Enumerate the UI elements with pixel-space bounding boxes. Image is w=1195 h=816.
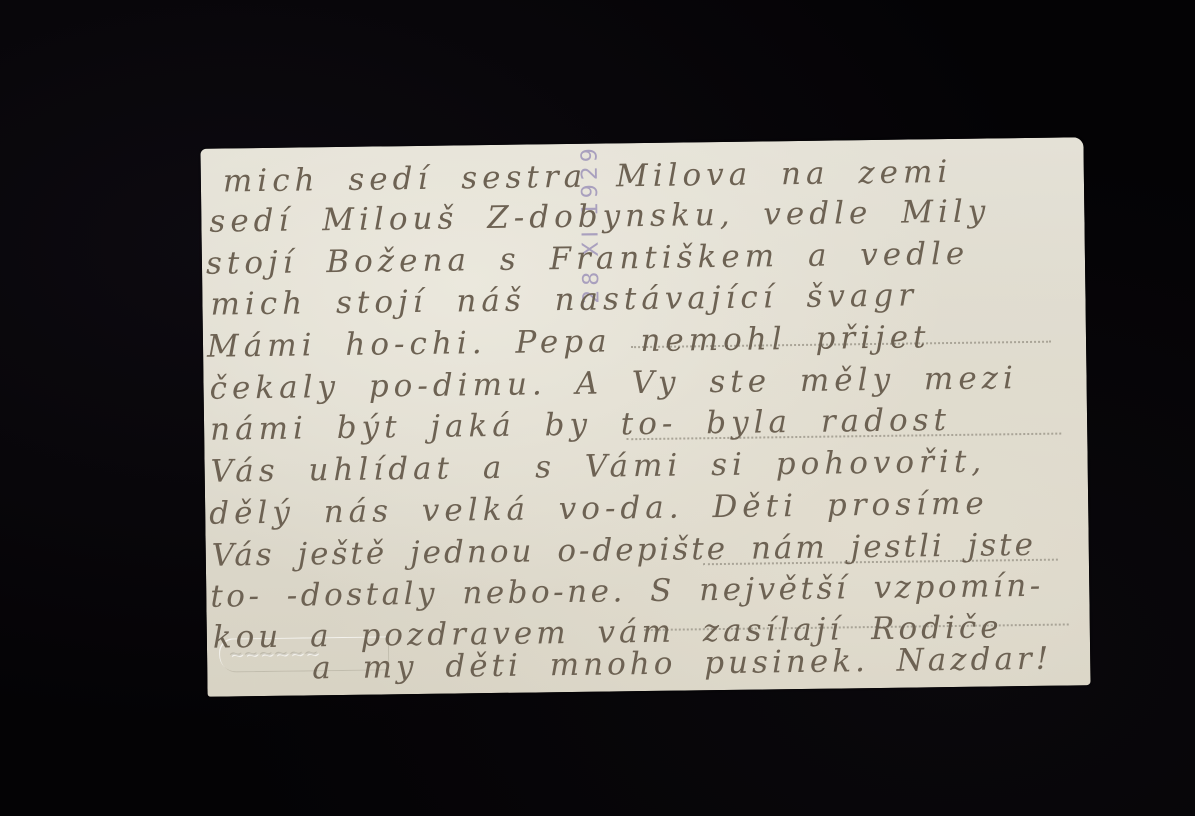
handwritten-line: námi být jaká by to- byla radost — [210, 405, 951, 446]
handwritten-line: Vás uhlídat a s Vámi si pohovořit, — [210, 447, 986, 488]
handwritten-line: stojí Božena s Františkem a vedle — [206, 239, 970, 280]
handwritten-line: to- -dostaly nebo-ne. S největší vzpomín… — [210, 571, 1044, 613]
postcard: 28 XI 1929 ~~~~~~ mich sedí sestra Milov… — [200, 137, 1090, 697]
handwritten-line: sedí Milouš Z-dobynsku, vedle Mily — [209, 196, 990, 237]
handwritten-line: mich stojí náš nastávající švagr — [210, 280, 918, 320]
handwritten-line: čekaly po-dimu. A Vy ste měly mezi — [209, 363, 1018, 405]
handwritten-line: mich sedí sestra Milova na zemi — [223, 157, 953, 198]
handwritten-line: dělý nás velká vo-da. Děti prosíme — [209, 489, 989, 530]
handwritten-line: a my děti mnoho pusinek. Nazdar! — [312, 644, 1052, 685]
photo-scene: 28 XI 1929 ~~~~~~ mich sedí sestra Milov… — [0, 0, 1195, 816]
handwritten-line: Vás ještě jednou o-depište nám jestli js… — [212, 530, 1037, 572]
handwritten-line: Mámi ho-chi. Pepa nemohl přijet — [207, 322, 931, 362]
